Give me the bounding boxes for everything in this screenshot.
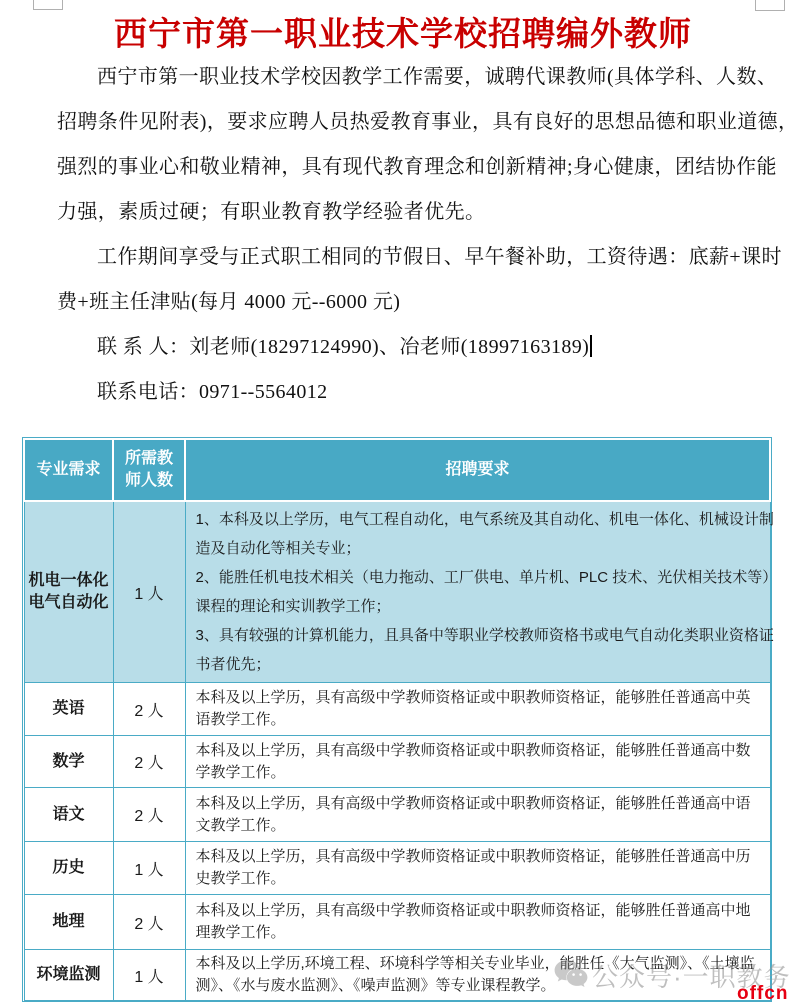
cell-subject: 历史 bbox=[24, 842, 113, 895]
contact-phone-line: 联系电话：0971--5564012 bbox=[57, 370, 769, 415]
cell-count: 2 人 bbox=[113, 895, 185, 950]
cell-requirements: 本科及以上学历，具有高级中学教师资格证或中职教师资格证，能够胜任普通高中地理教学… bbox=[185, 895, 770, 950]
cell-requirements: 本科及以上学历，具有高级中学教师资格证或中职教师资格证，能够胜任普通高中数学教学… bbox=[185, 736, 770, 788]
page-title: 西宁市第一职业技术学校招聘编外教师 bbox=[0, 8, 806, 55]
paragraph-line: 工作期间享受与正式职工相同的节假日、早午餐补助，工资待遇：底薪+课时 bbox=[57, 235, 769, 280]
cell-subject: 数学 bbox=[24, 736, 113, 788]
cell-count: 1 人 bbox=[113, 950, 185, 1001]
table-header-row: 专业需求 所需教 师人数 招聘要求 bbox=[24, 439, 770, 501]
document-body: 西宁市第一职业技术学校因教学工作需要，诚聘代课教师(具体学科、人数、 招聘条件见… bbox=[57, 55, 769, 415]
table-row: 机电一体化 电气自动化 1 人 1、本科及以上学历，电气工程自动化，电气系统及其… bbox=[24, 501, 770, 683]
cell-subject: 环境监测 bbox=[24, 950, 113, 1001]
cell-subject: 机电一体化 电气自动化 bbox=[24, 501, 113, 683]
header-requirements: 招聘要求 bbox=[185, 439, 770, 501]
cell-count: 2 人 bbox=[113, 788, 185, 842]
cell-count: 2 人 bbox=[113, 683, 185, 736]
paragraph-line: 费+班主任津贴(每月 4000 元--6000 元) bbox=[57, 280, 769, 325]
contact-person-text: 联 系 人：刘老师(18297124990)、冶老师(18997163189) bbox=[97, 336, 589, 358]
table-row: 语文 2 人 本科及以上学历，具有高级中学教师资格证或中职教师资格证，能够胜任普… bbox=[24, 788, 770, 842]
cell-requirements: 本科及以上学历，具有高级中学教师资格证或中职教师资格证，能够胜任普通高中英语教学… bbox=[185, 683, 770, 736]
document-page[interactable]: 西宁市第一职业技术学校招聘编外教师 西宁市第一职业技术学校因教学工作需要，诚聘代… bbox=[0, 0, 806, 1008]
cell-count: 1 人 bbox=[113, 842, 185, 895]
paragraph-line: 招聘条件见附表)，要求应聘人员热爱教育事业，具有良好的思想品德和职业道德， bbox=[57, 100, 769, 145]
cell-subject: 地理 bbox=[24, 895, 113, 950]
table-row: 历史 1 人 本科及以上学历，具有高级中学教师资格证或中职教师资格证，能够胜任普… bbox=[24, 842, 770, 895]
cell-requirements: 本科及以上学历，具有高级中学教师资格证或中职教师资格证，能够胜任普通高中历史教学… bbox=[185, 842, 770, 895]
cell-subject: 语文 bbox=[24, 788, 113, 842]
cell-count: 1 人 bbox=[113, 501, 185, 683]
paragraph-line: 力强，素质过硬；有职业教育教学经验者优先。 bbox=[57, 190, 769, 235]
brand-watermark: offcn bbox=[737, 983, 788, 1005]
header-subject: 专业需求 bbox=[24, 439, 113, 501]
cell-requirements: 1、本科及以上学历，电气工程自动化，电气系统及其自动化、机电一体化、机械设计制 … bbox=[185, 501, 770, 683]
cell-requirements: 本科及以上学历，具有高级中学教师资格证或中职教师资格证，能够胜任普通高中语文教学… bbox=[185, 788, 770, 842]
cell-subject: 英语 bbox=[24, 683, 113, 736]
table-row: 英语 2 人 本科及以上学历，具有高级中学教师资格证或中职教师资格证，能够胜任普… bbox=[24, 683, 770, 736]
text-cursor bbox=[590, 335, 592, 357]
table-row: 地理 2 人 本科及以上学历，具有高级中学教师资格证或中职教师资格证，能够胜任普… bbox=[24, 895, 770, 950]
recruitment-table: 专业需求 所需教 师人数 招聘要求 机电一体化 电气自动化 1 人 bbox=[22, 437, 772, 1002]
table-row: 数学 2 人 本科及以上学历，具有高级中学教师资格证或中职教师资格证，能够胜任普… bbox=[24, 736, 770, 788]
contact-person-line: 联 系 人：刘老师(18297124990)、冶老师(18997163189) bbox=[57, 325, 769, 370]
paragraph-line: 西宁市第一职业技术学校因教学工作需要，诚聘代课教师(具体学科、人数、 bbox=[57, 55, 769, 100]
header-count: 所需教 师人数 bbox=[113, 439, 185, 501]
cell-count: 2 人 bbox=[113, 736, 185, 788]
wechat-icon bbox=[554, 959, 588, 994]
paragraph-line: 强烈的事业心和敬业精神，具有现代教育理念和创新精神;身心健康，团结协作能 bbox=[57, 145, 769, 190]
